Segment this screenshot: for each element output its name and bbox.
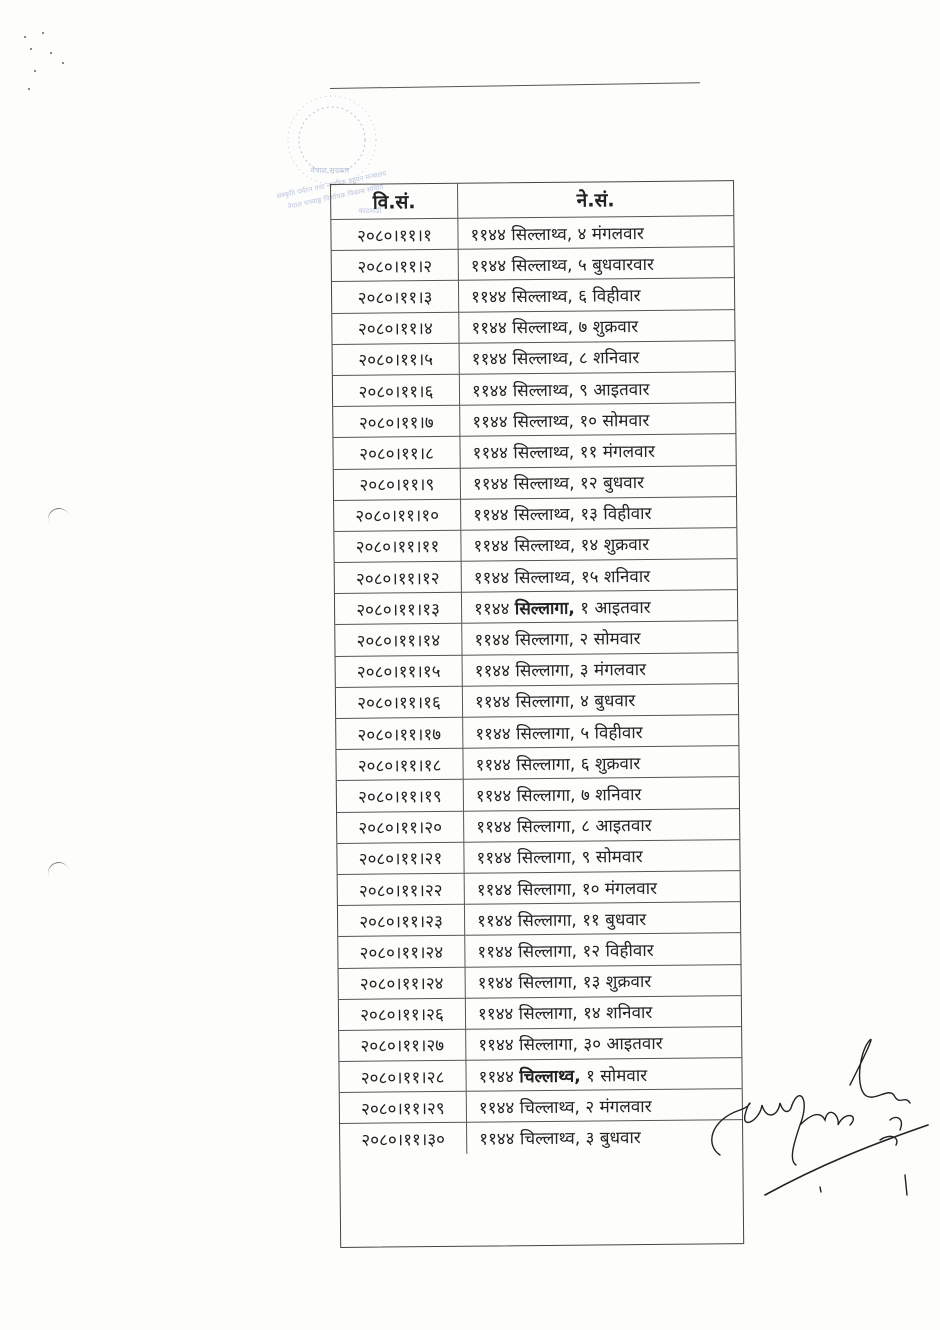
bikram-sambat-date: २०८०।११।७ — [333, 405, 460, 437]
ns-day: १३ — [583, 973, 601, 993]
ns-year: ११४४ — [473, 474, 509, 494]
ns-year: ११४४ — [477, 880, 513, 900]
table-row: २०८०।११।२३११४४ सिल्लागा, ११ बुधवार — [338, 902, 740, 937]
ns-month: सिल्लाथ्व, — [513, 443, 574, 464]
bikram-sambat-date: २०८०।११।१७ — [336, 717, 463, 749]
header-nepal-sambat: ने.सं. — [458, 181, 734, 218]
nepal-sambat-date: ११४४ सिल्लाथ्व, १३ विहीवार — [461, 496, 737, 530]
nepal-sambat-date: ११४४ सिल्लागा, ६ शुक्रवार — [463, 746, 739, 780]
nepal-sambat-date: ११४४ सिल्लागा, ११ बुधवार — [464, 902, 740, 936]
ns-month: सिल्लागा, — [516, 723, 575, 744]
punch-hole-mark — [45, 505, 74, 534]
ns-day: ६ — [581, 754, 590, 774]
ns-day: २ — [585, 1097, 594, 1117]
bikram-sambat-date: २०८०।११।१ — [331, 218, 458, 250]
nepal-sambat-date: ११४४ सिल्लाथ्व, १४ शुक्रवार — [461, 527, 737, 561]
ns-day: ८ — [579, 349, 588, 369]
weekday: बुधवार — [605, 910, 646, 930]
weekday: आइतवार — [595, 816, 651, 837]
table-row: २०८०।११।३११४४ सिल्लाथ्व, ६ विहीवार — [332, 278, 734, 313]
nepal-sambat-date: ११४४ सिल्लाथ्व, १० सोमवार — [460, 403, 736, 437]
ns-year: ११४४ — [472, 381, 508, 401]
nepal-sambat-date: ११४४ सिल्लागा, १ आइतवार — [461, 590, 737, 624]
weekday: मंगलवार — [605, 878, 657, 898]
weekday: बुधवारवार — [592, 255, 654, 276]
ns-month: सिल्लाथ्व, — [514, 474, 575, 495]
nepal-sambat-date: ११४४ सिल्लागा, ५ विहीवार — [463, 715, 739, 749]
nepal-sambat-date: ११४४ सिल्लाथ्व, ११ मंगलवार — [460, 434, 736, 468]
ns-month: सिल्लाथ्व, — [511, 224, 572, 245]
calendar-conversion-table: वि.सं. ने.सं. २०८०।११।१११४४ सिल्लाथ्व, ४… — [330, 180, 744, 1248]
nepal-sambat-date: ११४४ सिल्लाथ्व, ८ शनिवार — [459, 340, 735, 374]
nepal-sambat-date: ११४४ सिल्लागा, २ सोमवार — [462, 621, 738, 655]
bikram-sambat-date: २०८०।११।३ — [332, 281, 459, 313]
weekday: मंगलवार — [599, 1097, 651, 1117]
ns-month: चिल्लाथ्व, — [520, 1097, 580, 1118]
ns-year: ११४४ — [475, 755, 511, 775]
svg-text:नेपाल सरकार: नेपाल सरकार — [310, 165, 350, 175]
weekday: मंगलवार — [592, 224, 644, 244]
ns-year: ११४४ — [478, 1005, 514, 1025]
ns-day: १३ — [580, 505, 598, 525]
weekday: सोमवार — [596, 847, 643, 867]
ns-day: ११ — [582, 910, 600, 930]
table-row: २०८०।११।२४११४४ सिल्लागा, १२ विहीवार — [338, 933, 740, 968]
table-row: २०८०।११।१०११४४ सिल्लाथ्व, १३ विहीवार — [334, 496, 736, 531]
bikram-sambat-date: २०८०।११।२० — [337, 811, 464, 843]
bikram-sambat-date: २०८०।११।१३ — [335, 593, 462, 625]
handwritten-signature — [700, 1025, 930, 1205]
nepal-sambat-date: ११४४ सिल्लागा, १३ शुक्रवार — [465, 964, 741, 998]
weekday: शनिवार — [593, 348, 639, 368]
weekday: शनिवार — [606, 1003, 652, 1023]
table-row: २०८०।११।२११४४ सिल्लाथ्व, ५ बुधवारवार — [332, 247, 734, 282]
ns-month: सिल्लाथ्व, — [514, 536, 575, 557]
bikram-sambat-date: २०८०।११।४ — [332, 312, 459, 344]
table-row: २०८०।११।१९११४४ सिल्लागा, ७ शनिवार — [337, 777, 739, 812]
table-row: २०८०।११।१४११४४ सिल्लागा, २ सोमवार — [335, 621, 737, 656]
ns-year: ११४४ — [477, 911, 513, 931]
nepal-sambat-date: ११४४ सिल्लाथ्व, ७ शुक्रवार — [459, 309, 735, 343]
ns-month: सिल्लाथ्व, — [513, 380, 574, 401]
ns-day: १० — [579, 411, 597, 431]
table-row: २०८०।११।२७११४४ सिल्लागा, ३० आइतवार — [339, 1026, 741, 1061]
weekday: मंगलवार — [603, 442, 655, 462]
table-row: २०८०।११।१११४४ सिल्लाथ्व, ४ मंगलवार — [331, 216, 733, 251]
ns-year: ११४४ — [471, 256, 507, 276]
ns-month: सिल्लागा, — [517, 786, 576, 807]
ns-day: ७ — [581, 786, 590, 806]
ns-day: ३० — [583, 1035, 601, 1055]
weekday: आइतवार — [593, 379, 649, 400]
ns-month: सिल्लागा, — [516, 692, 575, 713]
ns-year: ११४४ — [479, 1129, 515, 1149]
bikram-sambat-date: २०८०।११।२६ — [339, 998, 466, 1030]
bikram-sambat-date: २०८०।११।८ — [333, 437, 460, 469]
punch-hole-mark — [45, 859, 74, 888]
top-rule-line — [330, 82, 700, 89]
ns-year: ११४४ — [472, 350, 508, 370]
bikram-sambat-date: २०८०।११।१२ — [335, 561, 462, 593]
ns-year: ११४४ — [471, 318, 507, 338]
bikram-sambat-date: २०८०।११।५ — [333, 343, 460, 375]
ns-day: ५ — [578, 255, 587, 275]
ns-day: ३ — [580, 661, 589, 681]
ns-month: सिल्लागा, — [518, 942, 577, 963]
ns-day: ७ — [578, 318, 587, 338]
ns-month: सिल्लागा, — [517, 817, 576, 838]
ns-day: ३ — [585, 1129, 594, 1149]
ns-day: १४ — [581, 536, 599, 556]
nepal-sambat-date: ११४४ सिल्लागा, ३ मंगलवार — [462, 652, 738, 686]
bikram-sambat-date: २०८०।११।२८ — [339, 1060, 466, 1092]
nepal-sambat-date: ११४४ सिल्लाथ्व, १५ शनिवार — [461, 559, 737, 593]
ns-month: सिल्लागा, — [519, 1035, 578, 1056]
table-row: २०८०।११।२१११४४ सिल्लागा, ९ सोमवार — [337, 839, 739, 874]
ns-year: ११४४ — [479, 1098, 515, 1118]
weekday: सोमवार — [602, 411, 649, 431]
bikram-sambat-date: २०८०।११।१८ — [336, 748, 463, 780]
bikram-sambat-date: २०८०।११।२७ — [339, 1029, 466, 1061]
ns-month: चिल्लाथ्व, — [519, 1066, 580, 1087]
bikram-sambat-date: २०८०।११।१४ — [335, 624, 462, 656]
table-row: २०८०।११।१२११४४ सिल्लाथ्व, १५ शनिवार — [335, 559, 737, 594]
bikram-sambat-date: २०८०।११।२४ — [338, 936, 465, 968]
bikram-sambat-date: २०८०।११।१५ — [336, 655, 463, 687]
weekday: शुक्रवार — [604, 535, 650, 555]
ns-month: सिल्लागा, — [518, 910, 577, 931]
ns-year: ११४४ — [470, 225, 506, 245]
ns-year: ११४४ — [474, 630, 510, 650]
ns-month: सिल्लाथ्व, — [511, 255, 572, 276]
ns-day: ५ — [580, 723, 589, 743]
nepal-sambat-date: ११४४ सिल्लागा, १० मंगलवार — [464, 871, 740, 905]
table-row: २०८०।११।५११४४ सिल्लाथ्व, ८ शनिवार — [333, 340, 735, 375]
nepal-sambat-date: ११४४ सिल्लाथ्व, ४ मंगलवार — [458, 216, 734, 250]
ns-day: २ — [579, 630, 588, 650]
ns-day: ४ — [578, 224, 587, 244]
ns-year: ११४४ — [474, 599, 510, 619]
weekday: आइतवार — [606, 1034, 662, 1055]
nepal-sambat-date: ११४४ सिल्लाथ्व, ५ बुधवारवार — [458, 247, 734, 281]
weekday: सोमवार — [600, 1066, 647, 1086]
weekday: बुधवार — [600, 1128, 641, 1148]
ns-year: ११४४ — [476, 849, 512, 869]
bikram-sambat-date: २०८०।११।१६ — [336, 686, 463, 718]
bikram-sambat-date: २०८०।११।९ — [334, 468, 461, 500]
table-row: २०८०।११।१५११४४ सिल्लागा, ३ मंगलवार — [336, 652, 738, 687]
table-row: २०८०।११।२०११४४ सिल्लागा, ८ आइतवार — [337, 808, 739, 843]
ns-month: सिल्लाथ्व, — [514, 567, 575, 588]
table-header-row: वि.सं. ने.सं. — [331, 181, 733, 219]
table-row: २०८०।११।२८११४४ चिल्लाथ्व, १ सोमवार — [339, 1058, 741, 1093]
ns-day: ४ — [580, 692, 589, 712]
nepal-sambat-date: ११४४ सिल्लागा, ९ सोमवार — [464, 839, 740, 873]
nepal-sambat-date: ११४४ सिल्लागा, १२ विहीवार — [465, 933, 741, 967]
weekday: विहीवार — [605, 941, 653, 961]
weekday: शुक्रवार — [606, 972, 652, 992]
table-row: २०८०।११।२४११४४ सिल्लागा, १३ शुक्रवार — [339, 964, 741, 999]
table-row: २०८०।११।१३११४४ सिल्लागा, १ आइतवार — [335, 590, 737, 625]
table-row: २०८०।११।१७११४४ सिल्लागा, ५ विहीवार — [336, 715, 738, 750]
ns-day: ९ — [581, 848, 590, 868]
ns-month: सिल्लागा, — [517, 848, 576, 869]
nepal-sambat-date: ११४४ सिल्लाथ्व, ६ विहीवार — [458, 278, 734, 312]
header-bikram-sambat: वि.सं. — [331, 184, 458, 220]
ns-year: ११४४ — [473, 506, 509, 526]
nepal-sambat-date: ११४४ सिल्लागा, ८ आइतवार — [464, 808, 740, 842]
ns-month: सिल्लागा, — [517, 879, 576, 900]
bikram-sambat-date: २०८०।११।२२ — [338, 873, 465, 905]
bikram-sambat-date: २०८०।११।२ — [332, 249, 459, 281]
ns-year: ११४४ — [474, 568, 510, 588]
ns-day: ९ — [579, 380, 588, 400]
weekday: शनिवार — [595, 785, 641, 805]
weekday: बुधवार — [603, 473, 644, 493]
nepal-sambat-date: ११४४ सिल्लागा, ७ शनिवार — [463, 777, 739, 811]
weekday: आइतवार — [594, 598, 650, 619]
bikram-sambat-date: २०८०।११।२९ — [340, 1091, 467, 1123]
weekday: बुधवार — [594, 692, 635, 712]
weekday: विहीवार — [594, 723, 642, 743]
ns-month: सिल्लागा, — [519, 1004, 578, 1025]
ns-year: ११४४ — [472, 443, 508, 463]
ns-year: ११४४ — [477, 942, 513, 962]
ns-day: १० — [582, 879, 600, 899]
table-row: २०८०।११।७११४४ सिल्लाथ्व, १० सोमवार — [333, 403, 735, 438]
ns-year: ११४४ — [478, 1067, 514, 1087]
table-row: २०८०।११।३०११४४ चिल्लाथ्व, ३ बुधवार — [340, 1120, 742, 1155]
scan-specks — [20, 30, 80, 90]
bikram-sambat-date: २०८०।११।१९ — [337, 780, 464, 812]
ns-year: ११४४ — [473, 537, 509, 557]
nepal-sambat-date: ११४४ सिल्लाथ्व, ९ आइतवार — [459, 372, 735, 406]
weekday: शनिवार — [604, 567, 650, 587]
ns-day: ८ — [581, 817, 590, 837]
weekday: शुक्रवार — [595, 754, 641, 774]
ns-day: १२ — [580, 474, 598, 494]
ns-month: सिल्लागा, — [515, 630, 574, 651]
bikram-sambat-date: २०८०।११।३० — [340, 1123, 467, 1155]
ns-year: ११४४ — [475, 662, 511, 682]
bikram-sambat-date: २०८०।११।२४ — [339, 967, 466, 999]
ns-day: १२ — [582, 941, 600, 961]
ns-month: सिल्लागा, — [515, 661, 574, 682]
ns-year: ११४४ — [478, 973, 514, 993]
table-row: २०८०।११।६११४४ सिल्लाथ्व, ९ आइतवार — [333, 372, 735, 407]
ns-year: ११४४ — [475, 693, 511, 713]
bikram-sambat-date: २०८०।११।२३ — [338, 904, 465, 936]
bikram-sambat-date: २०८०।११।६ — [333, 374, 460, 406]
ns-day: १५ — [581, 567, 599, 587]
ns-month: सिल्लाथ्व, — [512, 318, 573, 339]
ns-year: ११४४ — [475, 724, 511, 744]
table-row: २०८०।११।१८११४४ सिल्लागा, ६ शुक्रवार — [336, 746, 738, 781]
ns-year: ११४४ — [476, 817, 512, 837]
bikram-sambat-date: २०८०।११।२१ — [337, 842, 464, 874]
ns-month: सिल्लागा, — [518, 973, 577, 994]
ns-year: ११४४ — [478, 1036, 514, 1056]
ns-day: ११ — [580, 442, 598, 462]
ns-year: ११४४ — [472, 412, 508, 432]
nepal-sambat-date: ११४४ सिल्लागा, ४ बुधवार — [462, 683, 738, 717]
weekday: विहीवार — [592, 286, 640, 306]
table-row: २०८०।११।८११४४ सिल्लाथ्व, ११ मंगलवार — [333, 434, 735, 469]
weekday: सोमवार — [594, 629, 641, 649]
bikram-sambat-date: २०८०।११।११ — [334, 530, 461, 562]
weekday: विहीवार — [603, 504, 651, 524]
ns-month: सिल्लाथ्व, — [513, 411, 574, 432]
ns-day: १ — [586, 1066, 595, 1086]
ns-month: सिल्लागा, — [515, 599, 575, 620]
ns-day: ६ — [578, 287, 587, 307]
bikram-sambat-date: २०८०।११।१० — [334, 499, 461, 531]
table-row: २०८०।११।२६११४४ सिल्लागा, १४ शनिवार — [339, 995, 741, 1030]
ns-month: सिल्लाथ्व, — [514, 505, 575, 526]
nepal-sambat-date: ११४४ सिल्लाथ्व, १२ बुधवार — [460, 465, 736, 499]
table-row: २०८०।११।२९११४४ चिल्लाथ्व, २ मंगलवार — [340, 1089, 742, 1124]
ns-year: ११४४ — [476, 786, 512, 806]
ns-day: १४ — [583, 1004, 601, 1024]
ns-day: १ — [580, 598, 589, 618]
ns-month: सिल्लागा, — [516, 754, 575, 775]
table-row: २०८०।११।११११४४ सिल्लाथ्व, १४ शुक्रवार — [334, 527, 736, 562]
table-row: २०८०।११।२२११४४ सिल्लागा, १० मंगलवार — [338, 871, 740, 906]
table-row: २०८०।११।४११४४ सिल्लाथ्व, ७ शुक्रवार — [332, 309, 734, 344]
ns-year: ११४४ — [471, 287, 507, 307]
table-row: २०८०।११।९११४४ सिल्लाथ्व, १२ बुधवार — [334, 465, 736, 500]
table-row: २०८०।११।१६११४४ सिल्लागा, ४ बुधवार — [336, 683, 738, 718]
weekday: मंगलवार — [594, 660, 646, 680]
ns-month: सिल्लाथ्व, — [512, 287, 573, 308]
ns-month: चिल्लाथ्व, — [520, 1129, 580, 1150]
weekday: शुक्रवार — [593, 317, 639, 337]
ns-month: सिल्लाथ्व, — [512, 349, 573, 370]
